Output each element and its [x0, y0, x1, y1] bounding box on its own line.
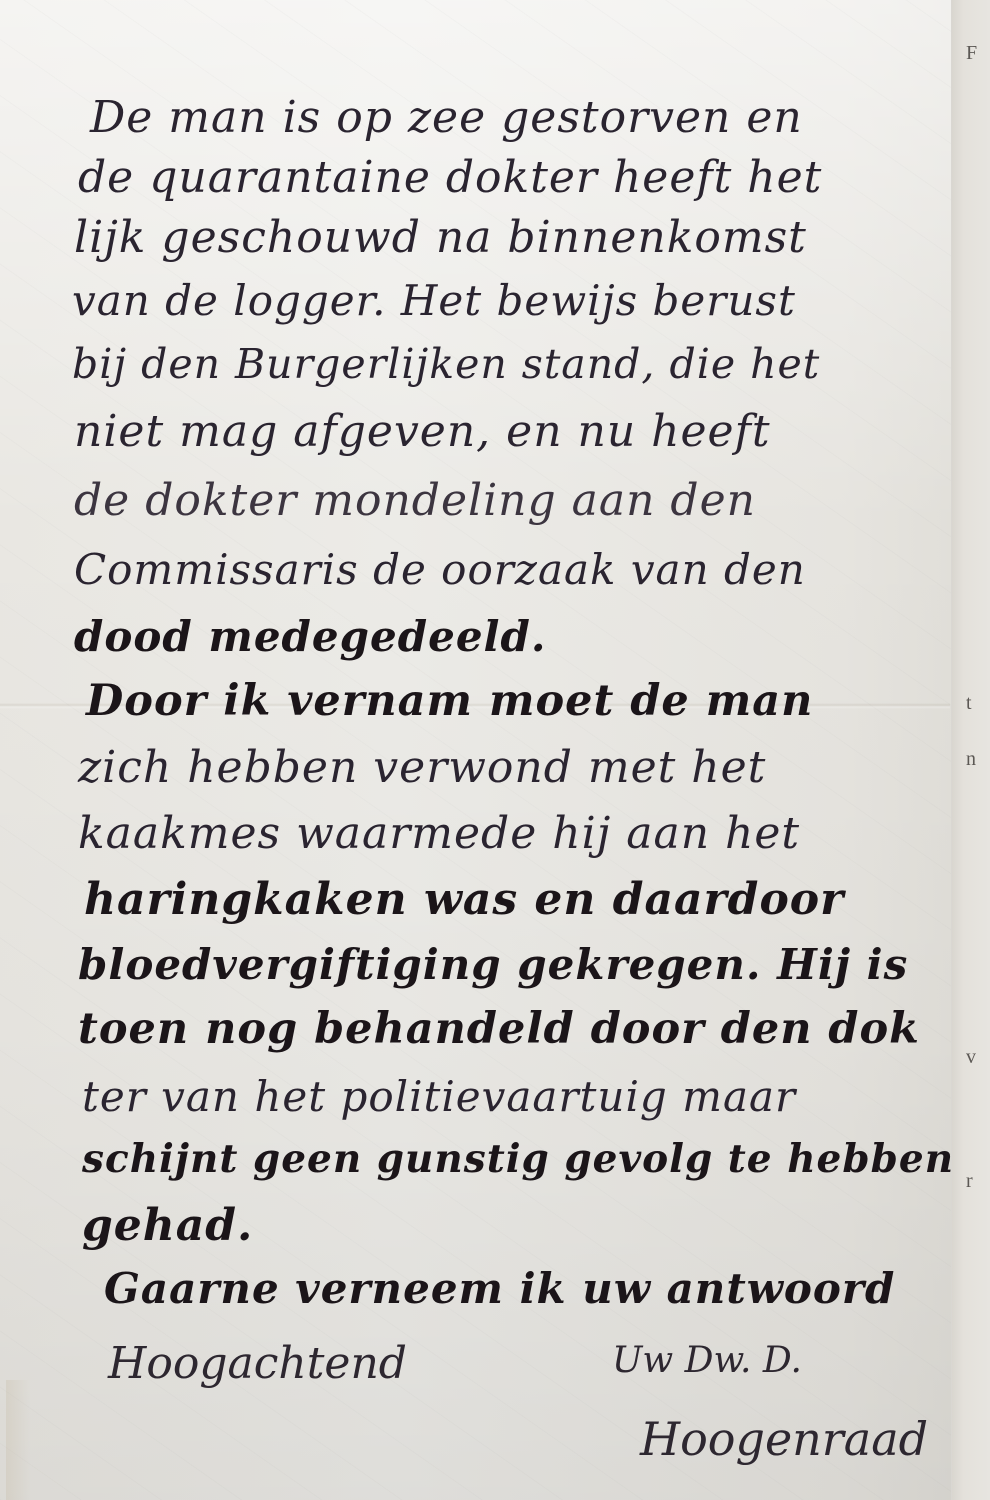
letter-line-2: de quarantaine dokter heeft het — [78, 152, 822, 203]
letter-line-9: dood medegedeeld. — [74, 612, 546, 661]
letter-line-5: bij den Burgerlijken stand, die het — [72, 340, 820, 388]
letter-line-17: schijnt geen gunstig gevolg te hebben — [82, 1136, 954, 1182]
adjacent-printed-page-strip: F t n v r — [951, 0, 990, 1500]
back-page-fragment: v — [966, 1046, 976, 1069]
letter-line-11: zich hebben verwond met het — [78, 742, 766, 793]
letter-line-10: Door ik vernam moet de man — [86, 676, 813, 726]
closing-salutation: Hoogachtend — [108, 1338, 407, 1389]
back-page-fragment: r — [966, 1170, 973, 1193]
letter-line-16: ter van het politievaartuig maar — [82, 1072, 796, 1121]
closing-formula: Uw Dw. D. — [612, 1340, 802, 1381]
letter-line-1: De man is op zee gestorven en — [90, 92, 803, 143]
letter-line-6: niet mag afgeven, en nu heeft — [74, 406, 771, 457]
letter-line-15: toen nog behandeld door den dok — [78, 1004, 920, 1054]
letter-line-19: Gaarne verneem ik uw antwoord — [104, 1264, 895, 1313]
letter-line-4: van de logger. Het bewijs berust — [72, 276, 796, 325]
back-page-fragment: n — [966, 748, 976, 771]
letter-line-14: bloedvergiftiging gekregen. Hij is — [78, 940, 908, 989]
back-page-fragment: F — [966, 42, 977, 65]
letter-line-13: haringkaken was en daardoor — [84, 874, 844, 925]
letter-body: De man is op zee gestorven en de quarant… — [0, 0, 952, 1500]
letter-line-18: gehad. — [82, 1200, 253, 1251]
back-page-fragment: t — [966, 692, 972, 715]
letter-line-8: Commissaris de oorzaak van den — [74, 545, 806, 594]
letter-page: De man is op zee gestorven en de quarant… — [0, 0, 990, 1500]
letter-line-3: lijk geschouwd na binnenkomst — [74, 212, 807, 263]
letter-line-12: kaakmes waarmede hij aan het — [78, 808, 800, 859]
signature: Hoogenraad — [640, 1412, 928, 1466]
letter-line-7: de dokter mondeling aan den — [74, 475, 756, 526]
